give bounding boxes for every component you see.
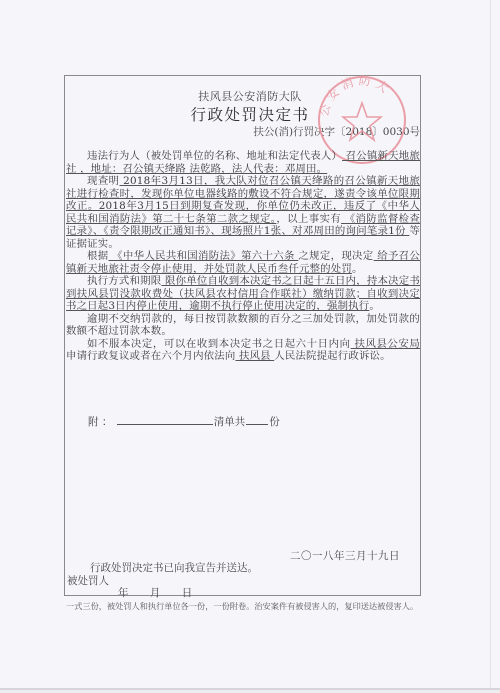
decision-paragraph: 根据 《中华人民共和国消防法》第六十六条 之规定，现决定 给予召公镇新天地旅社责…: [66, 250, 420, 275]
appeal-paragraph: 如不服本决定，可以在收到本决定书之日起六十日内向 扶风县公安局 申请行政复议或者…: [66, 338, 420, 363]
document-title: 行政处罚决定书: [0, 103, 500, 125]
findings-paragraph: 现查明 2018年3月13日，我大队对位召公镇天绛路的召公镇新天地旅社进行检查时…: [66, 175, 420, 250]
penalized-party-label: 被处罚人: [67, 573, 109, 588]
court-name: 扶风县: [235, 350, 274, 362]
count-unit: 份: [269, 416, 280, 428]
legal-basis: 《中华人民共和国消防法》第六十六条: [108, 250, 298, 262]
list-count-label: 清单共: [214, 416, 246, 428]
document-body: 违法行为人（被处罚单位的名称、地址和法定代表人） 召公镇新天地旅社 ，地址：召公…: [66, 150, 420, 363]
issuer-name: 扶风县公安消防大队: [0, 88, 500, 104]
attachment-count-blank: [246, 414, 268, 425]
attachment-name-blank: [117, 414, 213, 425]
signature-date: 年 月 日: [118, 585, 210, 600]
execution-paragraph: 执行方式和期限 限你单位自收到本决定书之日起十五日内，持本决定书到扶风县罚没款收…: [66, 275, 420, 313]
late-payment-paragraph: 逾期不交纳罚款的，每日按罚款数额的百分之三加处罚款，加处罚款的数额不超过罚款本数…: [66, 313, 420, 338]
footnote: 一式三份，被处罚人和执行单位各一份，一份附卷。治安案件有被侵害人的，复印送达被侵…: [66, 601, 426, 612]
month-label: 月: [150, 585, 161, 600]
served-statement: 行政处罚决定书已向我宣告并送达。: [90, 560, 258, 575]
attachment-label: 附 ：: [88, 416, 112, 428]
review-agency: 扶风县公安局: [351, 338, 420, 350]
attachment-line: 附 ： 清单共份: [88, 414, 280, 429]
issue-date: 二〇一八年三月十九日: [290, 548, 400, 563]
year-label: 年: [118, 585, 129, 600]
document-number: 扶公(消)行罚决字〔2018〕0030号: [253, 124, 420, 139]
day-label: 日: [182, 585, 193, 600]
offender-paragraph: 违法行为人（被处罚单位的名称、地址和法定代表人） 召公镇新天地旅社 ，地址：召公…: [66, 150, 420, 175]
